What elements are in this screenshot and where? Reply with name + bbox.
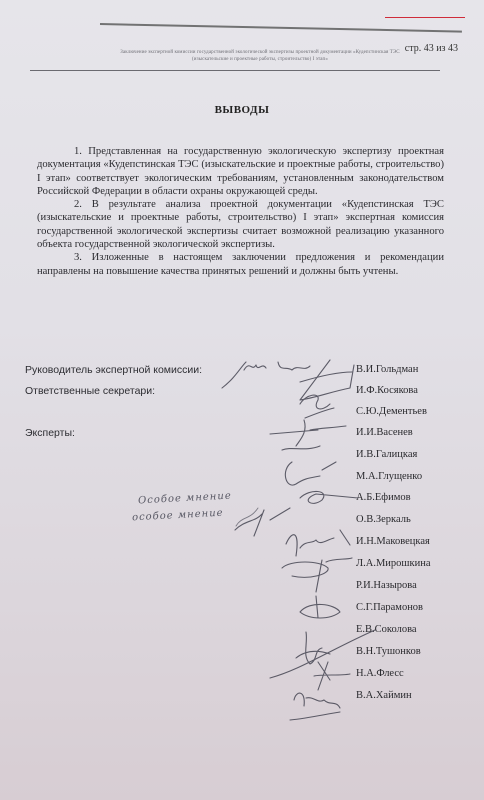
signatory-name: Л.А.Мирошкина	[356, 558, 431, 569]
signatory-name: М.А.Глущенко	[356, 471, 422, 482]
signatory-name: Е.В.Соколова	[356, 624, 417, 635]
signatory-name: Н.А.Флесс	[356, 668, 404, 679]
handwritten-note: особое мнение	[132, 508, 224, 524]
signatory-name: Р.И.Назырова	[356, 580, 417, 591]
signatory-name: А.Б.Ефимов	[356, 492, 411, 503]
document-page: Заключение экспертной комиссии государст…	[0, 0, 484, 800]
signatory-name: В.И.Гольдман	[356, 364, 418, 375]
signatory-name: В.Н.Тушонков	[356, 646, 421, 657]
signatory-name: И.И.Васенев	[356, 427, 413, 438]
signatures-ink-icon	[0, 0, 484, 800]
signatory-name: С.Г.Парамонов	[356, 602, 423, 613]
role-secretaries-label: Ответственные секретари:	[25, 385, 155, 397]
signatory-name: В.А.Хаймин	[356, 690, 412, 701]
signatory-name: С.Ю.Дементьев	[356, 406, 427, 417]
role-head-label: Руководитель экспертной комиссии:	[25, 364, 202, 376]
signatory-name: И.Н.Маковецкая	[356, 536, 430, 547]
signatory-name: О.В.Зеркаль	[356, 514, 411, 525]
role-experts-label: Эксперты:	[25, 427, 75, 439]
signatory-name: И.В.Галицкая	[356, 449, 417, 460]
handwritten-note: Особое мнение	[138, 491, 232, 507]
signature-block: Руководитель экспертной комиссии: Ответс…	[0, 0, 484, 800]
signatory-name: И.Ф.Косякова	[356, 385, 418, 396]
